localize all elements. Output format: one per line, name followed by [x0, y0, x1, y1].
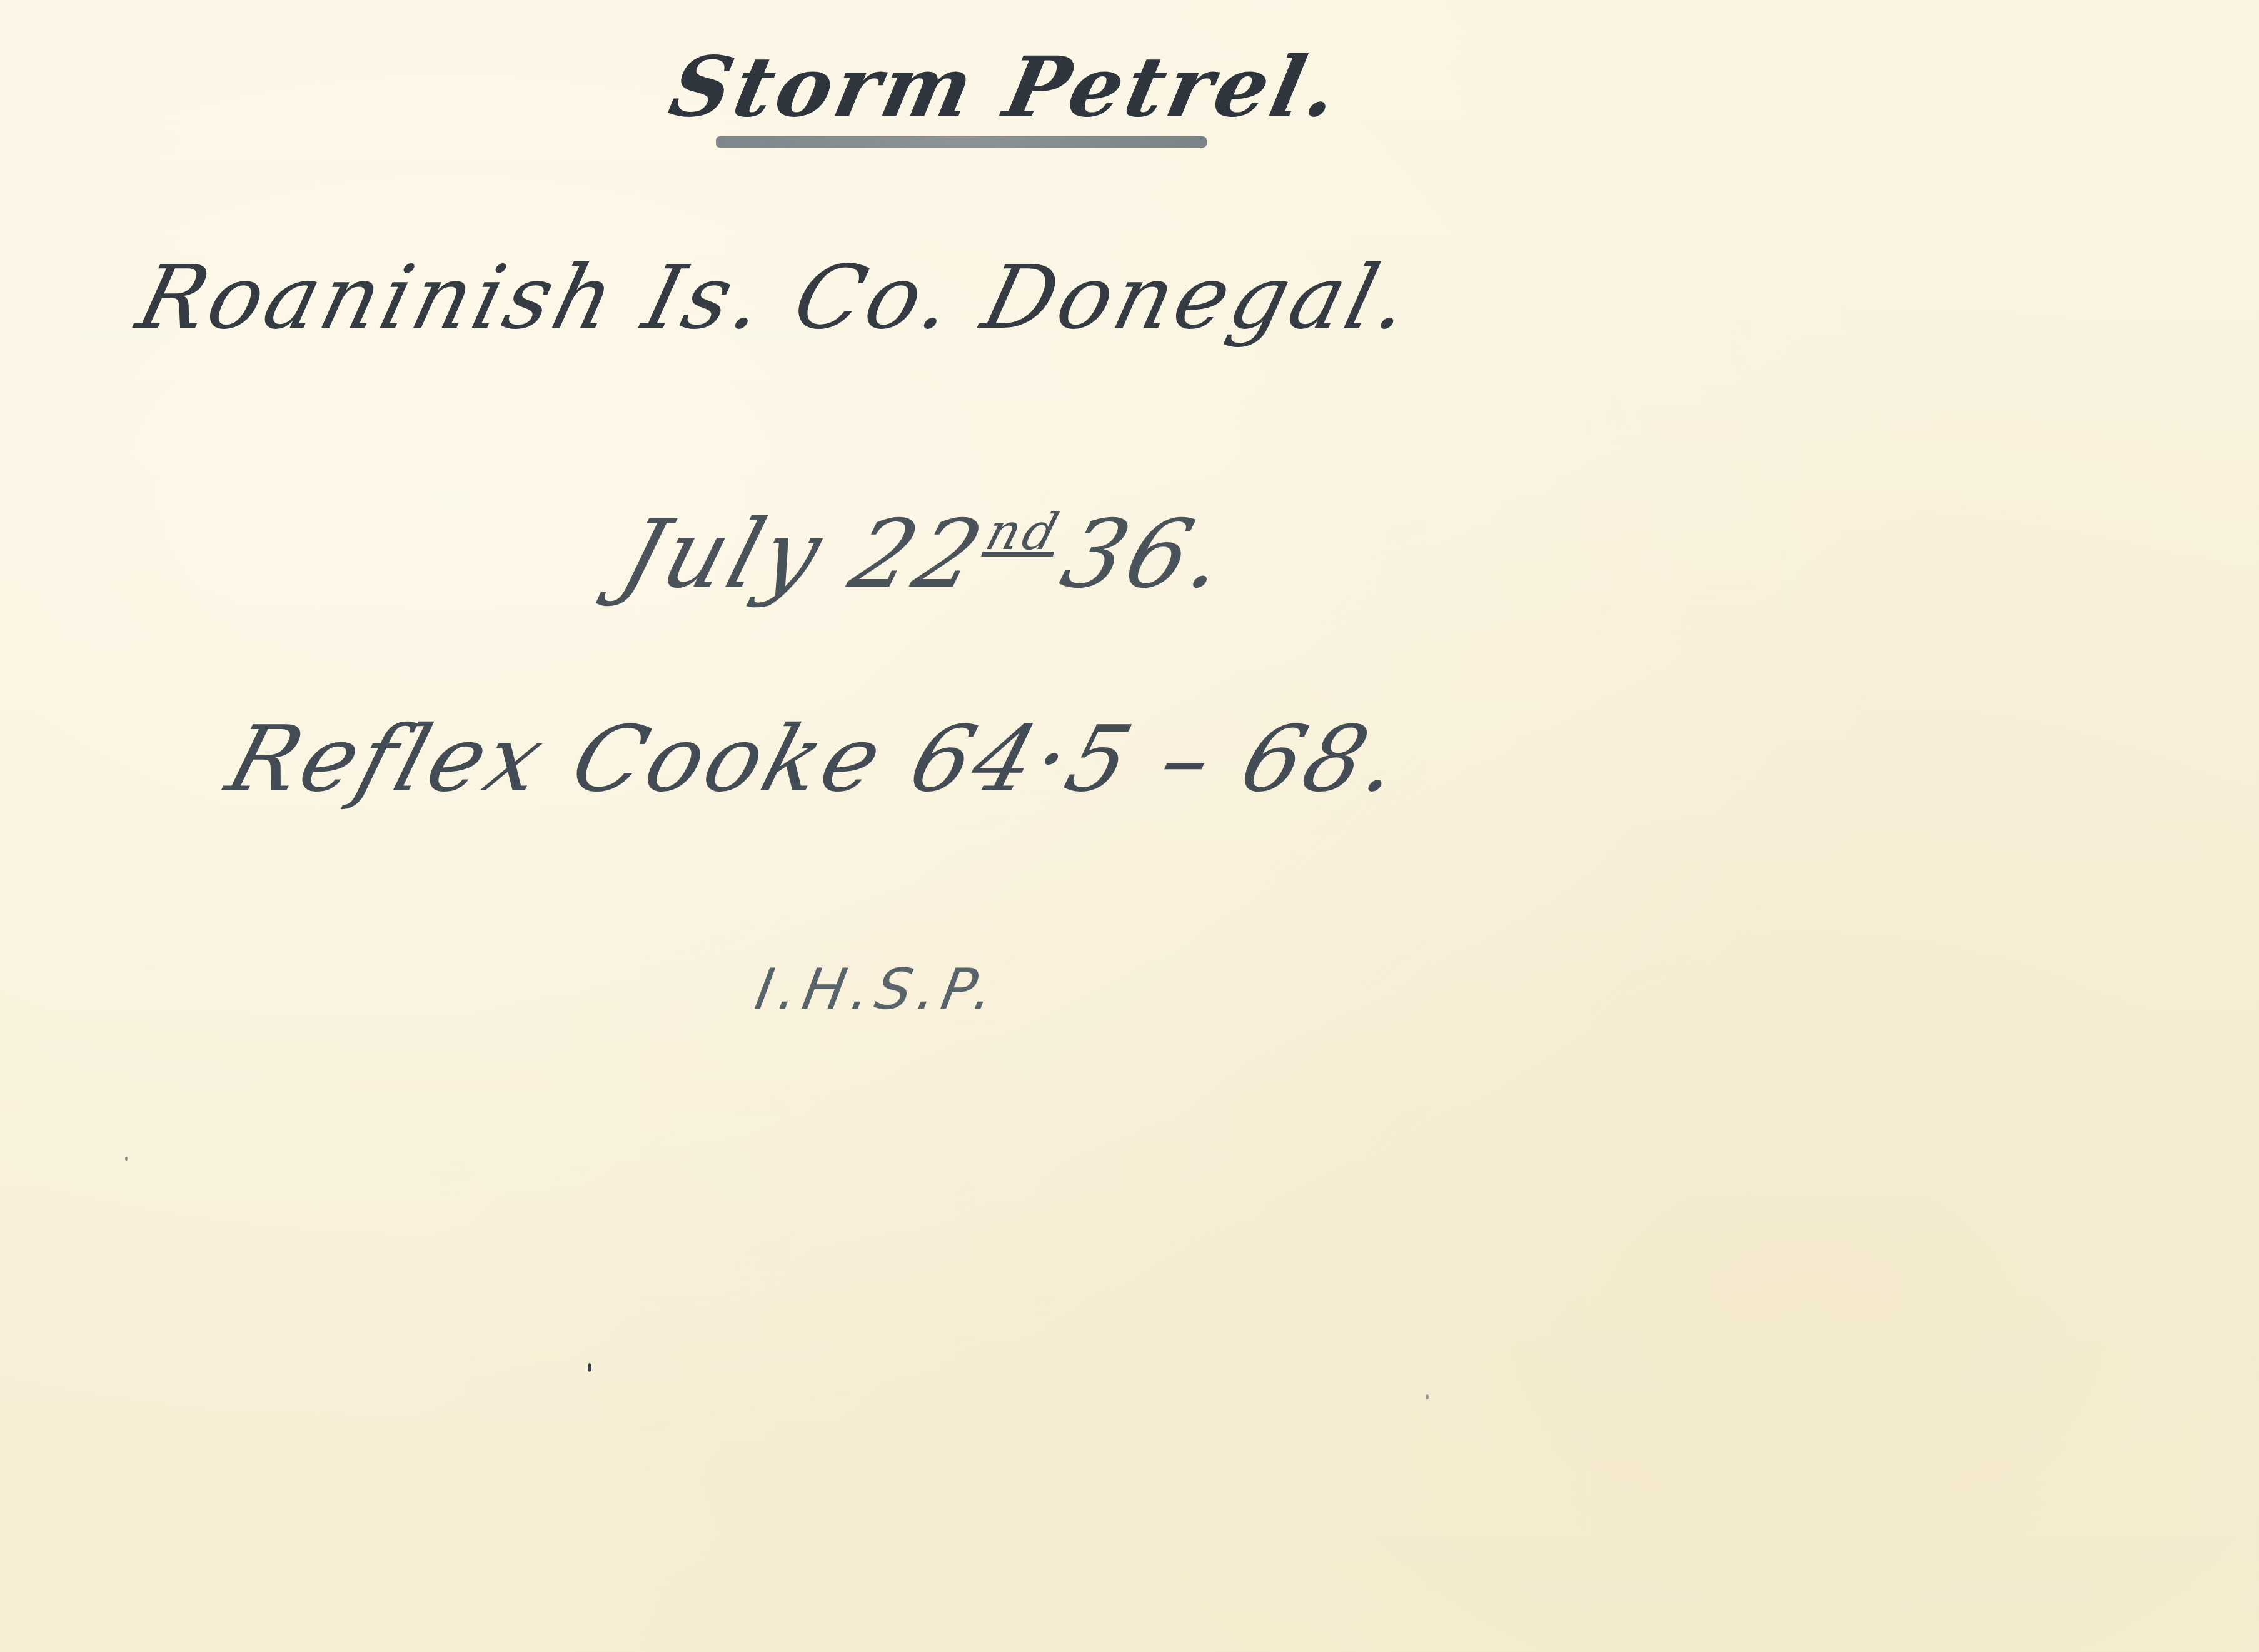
title-underline — [716, 136, 1207, 148]
date-year: 36. — [1050, 500, 1242, 609]
date-day: 22 — [839, 500, 997, 609]
ink-speck — [588, 1363, 591, 1372]
handwritten-note-page: Storm Petrel. Roaninish Is. Co. Donegal.… — [0, 0, 2259, 1652]
author-initials: I.H.S.P. — [751, 957, 1005, 1022]
paper-speck — [1426, 1394, 1429, 1399]
paper-speck — [125, 1157, 128, 1161]
date-line: July 22nd36. — [610, 500, 1242, 609]
date-month: July — [610, 500, 837, 609]
camera-note-line: Reflex Cooke 64·5 – 68. — [216, 707, 1416, 812]
note-title: Storm Petrel. — [662, 39, 1351, 136]
location-line: Roaninish Is. Co. Donegal. — [128, 247, 1424, 349]
